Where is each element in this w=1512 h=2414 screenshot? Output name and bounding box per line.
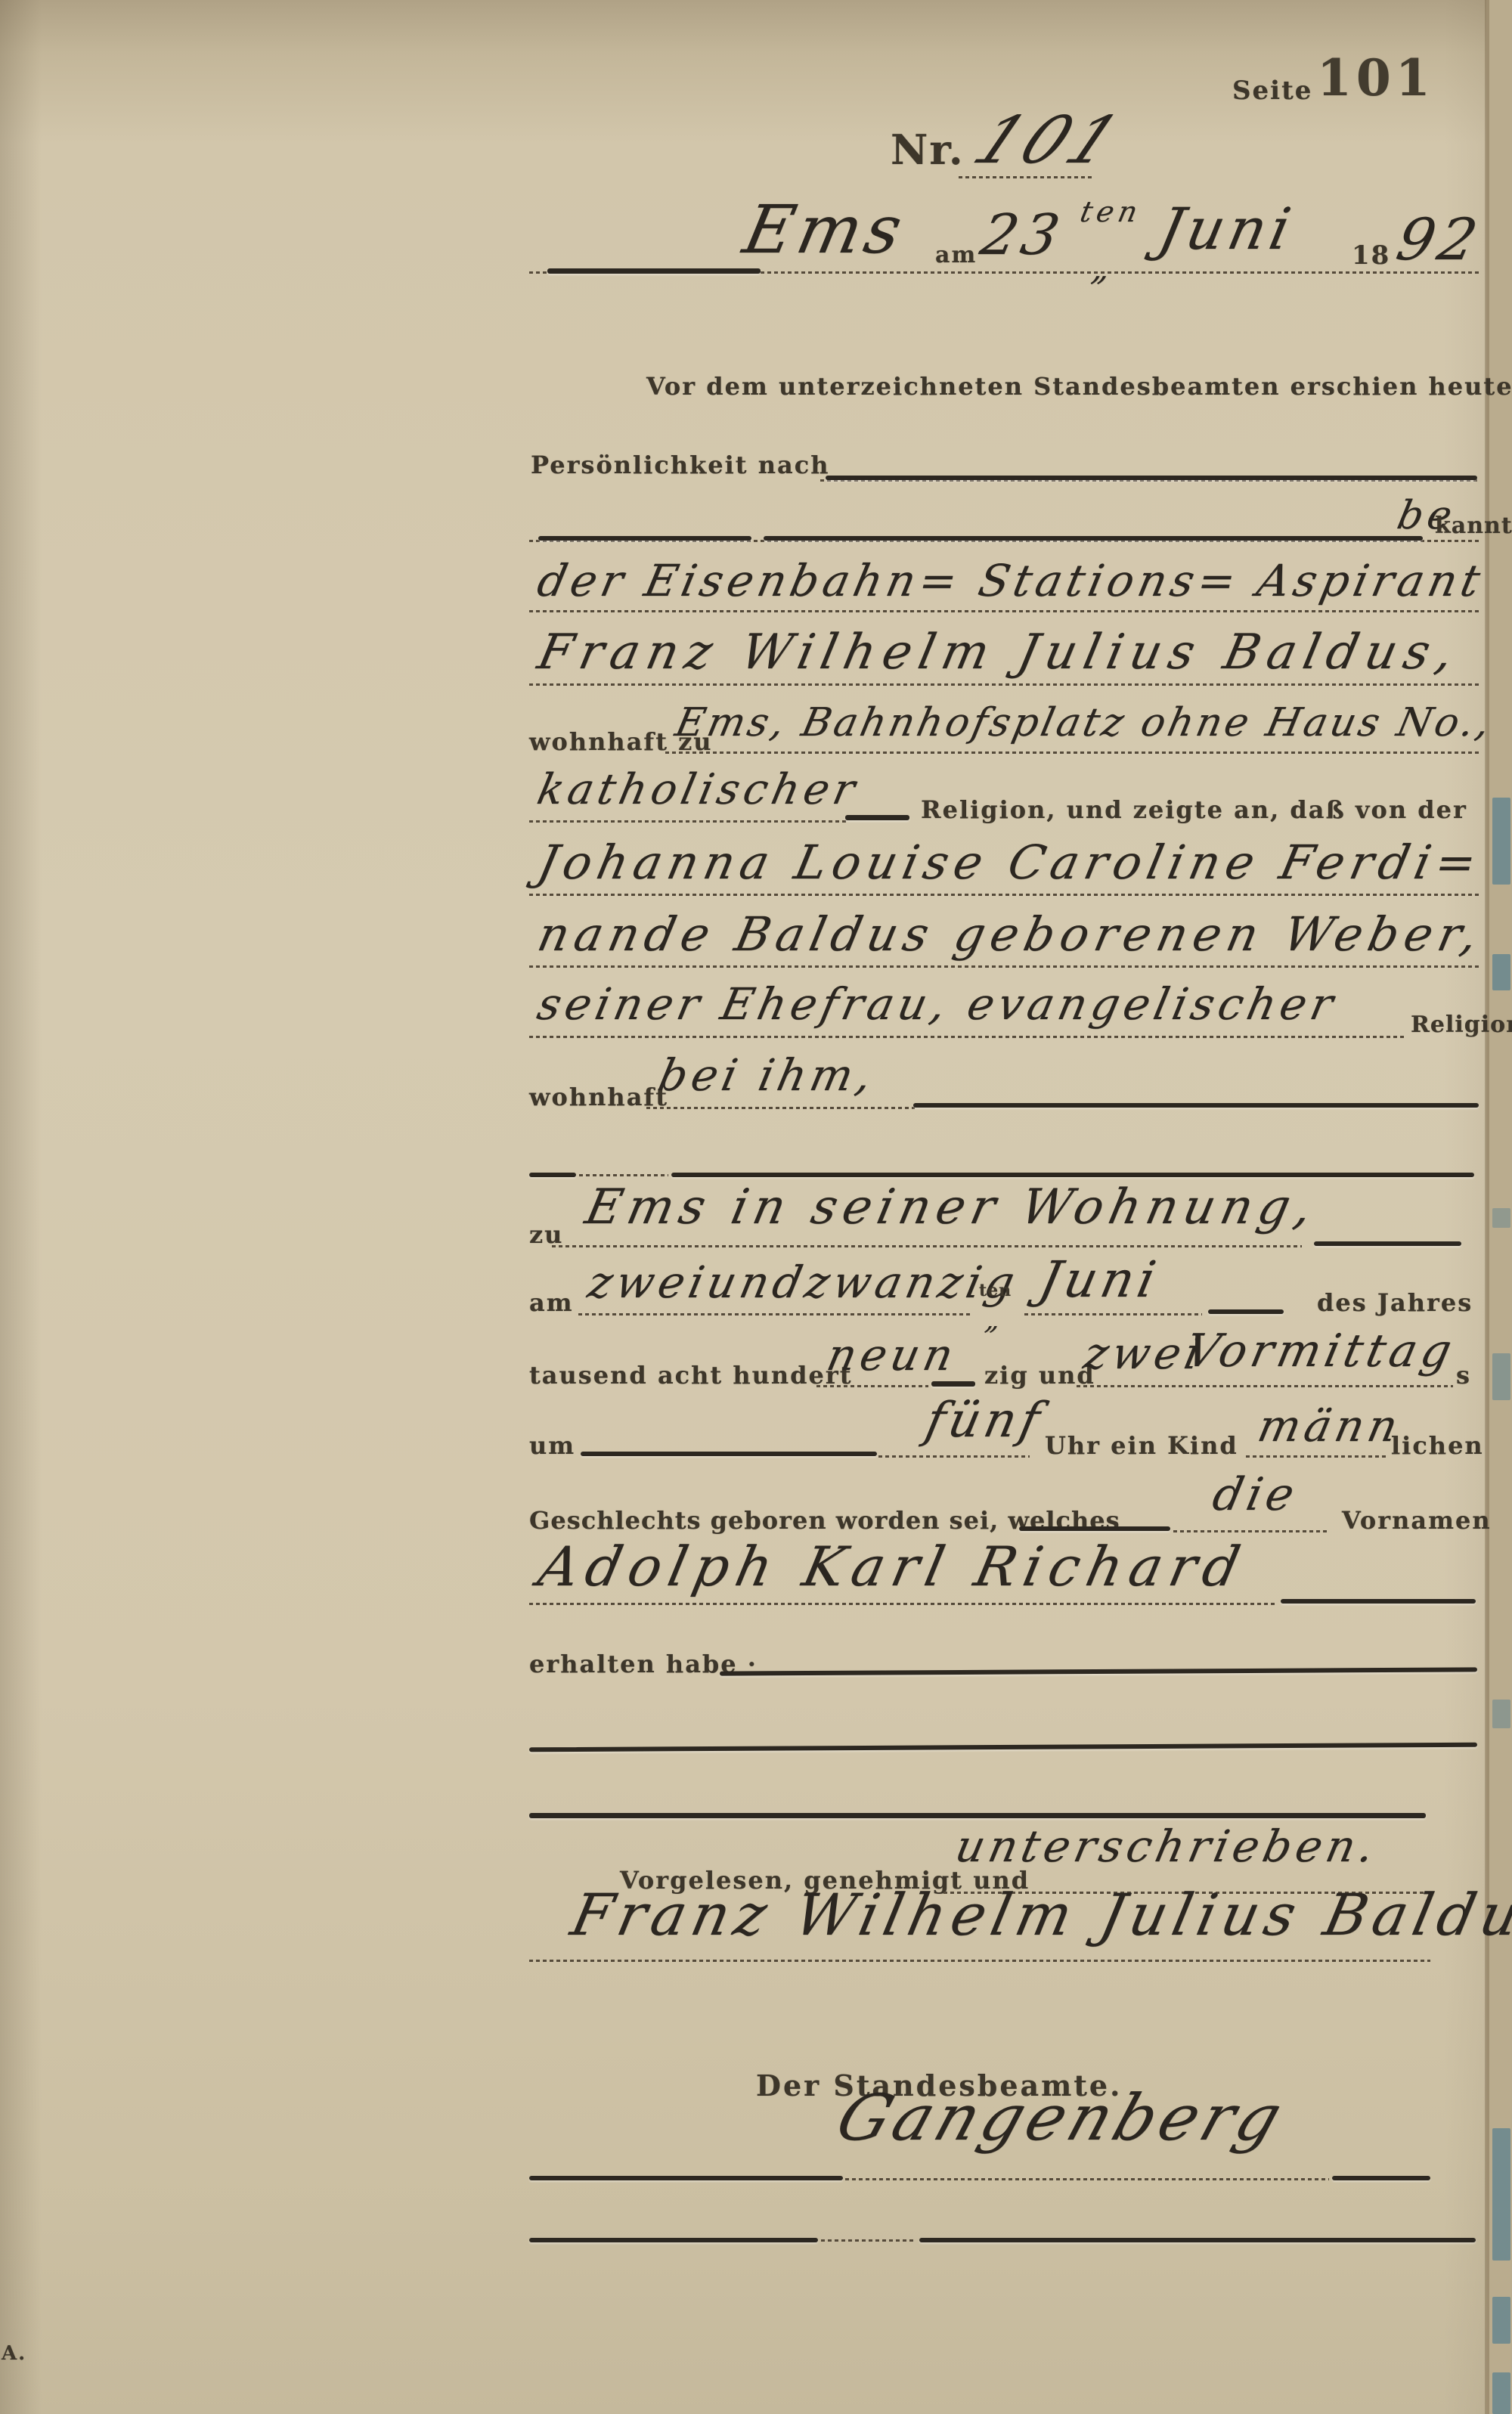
rule-solid: [720, 1667, 1477, 1675]
rule-dotted: [1077, 1385, 1453, 1387]
rule-solid: [529, 1173, 576, 1177]
des-jahres-label: des Jahres: [1317, 1288, 1473, 1317]
rule-solid: [1281, 1599, 1476, 1604]
day-suffix-handwritten: ten: [1077, 195, 1145, 228]
ten-label: ten: [979, 1281, 1012, 1300]
birth-place-handwritten: Ems in seiner Wohnung,: [581, 1179, 1323, 1235]
declarant-residence-handwritten: Ems, Bahnhofsplatz ohne Haus No.,: [671, 700, 1497, 745]
rule-dotted: [578, 1313, 971, 1315]
daytime-handwritten: Vormittag: [1181, 1325, 1461, 1377]
rule-dotted: [529, 1960, 1430, 1962]
month-handwritten: Juni: [1153, 195, 1301, 262]
rule-dotted: [878, 1455, 1030, 1458]
edge-mark: [1492, 954, 1510, 990]
rule-dotted: [529, 965, 1480, 968]
rule-solid: [1019, 1526, 1170, 1531]
rule-dotted: [529, 894, 1480, 896]
uhr-kind-label: Uhr ein Kind: [1045, 1431, 1238, 1460]
rule-dotted: [821, 2239, 916, 2242]
mother-relation-handwritten: seiner Ehefrau, evangelischer: [533, 978, 1342, 1030]
unterschrieben-handwritten: unterschrieben.: [951, 1821, 1383, 1872]
child-names-handwritten: Adolph Karl Richard: [533, 1535, 1253, 1598]
rule-dotted: [529, 1036, 1406, 1038]
rule-dotted: [1024, 1313, 1202, 1315]
rule-solid: [845, 815, 909, 820]
die-handwritten: die: [1208, 1468, 1303, 1521]
rule-dotted: [646, 1107, 915, 1109]
rule-dotted: [1173, 1530, 1328, 1532]
am-birth-label: am: [529, 1288, 574, 1317]
religion-clause-printed: Religion, und zeigte an, daß von der: [921, 795, 1467, 824]
ten-mark: „: [983, 1305, 1008, 1336]
persoenlichkeit-label: Persönlichkeit nach: [531, 451, 829, 479]
rule-solid: [529, 1743, 1477, 1752]
rule-solid: [1332, 2176, 1430, 2180]
am-label: am: [935, 242, 977, 268]
religion-label-printed: Religion,: [1411, 1012, 1512, 1038]
edge-mark: [1492, 1208, 1510, 1228]
rule-dotted: [529, 1603, 1276, 1605]
rule-solid: [826, 476, 1477, 480]
day-mark: „: [1089, 249, 1119, 288]
record-number-handwritten: 101: [962, 103, 1136, 178]
rule-dotted: [579, 1174, 668, 1176]
rule-solid: [671, 1173, 1474, 1177]
edge-mark: [1492, 798, 1510, 885]
mother-name-line1-handwritten: Johanna Louise Caroline Ferdi=: [533, 835, 1487, 890]
declarant-signature: Franz Wilhelm Julius Baldus: [565, 1881, 1512, 1948]
edge-mark: [1492, 2297, 1510, 2344]
um-label: um: [529, 1431, 575, 1460]
page-edge: [1486, 0, 1512, 2414]
edge-mark: [1492, 1700, 1510, 1728]
footer-note: A.: [2, 2342, 26, 2365]
declarant-name-handwritten: Franz Wilhelm Julius Baldus,: [533, 624, 1466, 680]
day-handwritten: 23: [975, 203, 1069, 268]
rule-dotted: [529, 610, 1480, 612]
rule-dotted: [529, 683, 1480, 686]
rule-solid: [931, 1381, 975, 1387]
declarant-title-handwritten: der Eisenbahn= Stations= Aspirant: [533, 555, 1489, 606]
bekannt-printed: kannt,: [1435, 513, 1512, 539]
rule-dotted: [1246, 1455, 1386, 1458]
rule-dotted: [845, 2178, 1329, 2180]
rule-solid: [1314, 1241, 1461, 1246]
mother-name-line2-handwritten: nande Baldus geborenen Weber,: [533, 906, 1489, 962]
rule-dotted: [665, 751, 1479, 754]
year-printed-prefix: 18: [1352, 240, 1390, 271]
birth-hour-handwritten: fünf: [921, 1393, 1049, 1449]
rule-dotted: [816, 1385, 928, 1387]
gender-handwritten: männ: [1253, 1400, 1407, 1452]
rule-dotted: [552, 1245, 1302, 1247]
rule-dotted: [529, 820, 847, 823]
rule-solid: [913, 1103, 1479, 1108]
rule-solid: [581, 1452, 877, 1456]
mother-residence-handwritten: bei ihm,: [654, 1049, 881, 1101]
year-handwritten: 92: [1391, 206, 1488, 273]
rule-solid: [919, 2238, 1476, 2242]
birth-day-handwritten: zweiundzwanzig: [584, 1257, 1024, 1308]
seite-label: Seite: [1232, 76, 1312, 106]
register-page: Seite 101 Nr. 101 Ems am 23 ten „ Juni 1…: [0, 0, 1512, 2414]
rule-solid: [547, 268, 761, 274]
rule-solid: [764, 536, 1423, 541]
vornamen-label: Vornamen: [1342, 1506, 1492, 1535]
registrar-signature: Gangenberg: [828, 2081, 1295, 2155]
page-number: 101: [1317, 48, 1435, 107]
declarant-religion-handwritten: katholischer: [533, 765, 863, 814]
page-crease: [1485, 0, 1489, 2414]
edge-mark: [1492, 1353, 1510, 1400]
place-handwritten: Ems: [737, 191, 913, 268]
edge-mark: [1492, 2372, 1510, 2414]
rule-solid: [529, 2238, 818, 2242]
intro-line: Vor dem unterzeichneten Standesbeamten e…: [646, 372, 1512, 401]
rule-solid: [538, 536, 751, 541]
edge-mark: [1492, 2128, 1510, 2261]
year-tens-handwritten: neun: [823, 1329, 962, 1381]
rule-solid: [529, 2176, 843, 2180]
rule-solid: [529, 1813, 1426, 1818]
s-label: s: [1456, 1361, 1471, 1390]
tausend-label: tausend acht hundert: [529, 1361, 853, 1390]
birth-month-handwritten: Juni: [1034, 1250, 1165, 1309]
nr-label: Nr.: [891, 126, 965, 174]
lichen-label: lichen: [1391, 1431, 1484, 1460]
rule-solid: [1208, 1309, 1284, 1314]
